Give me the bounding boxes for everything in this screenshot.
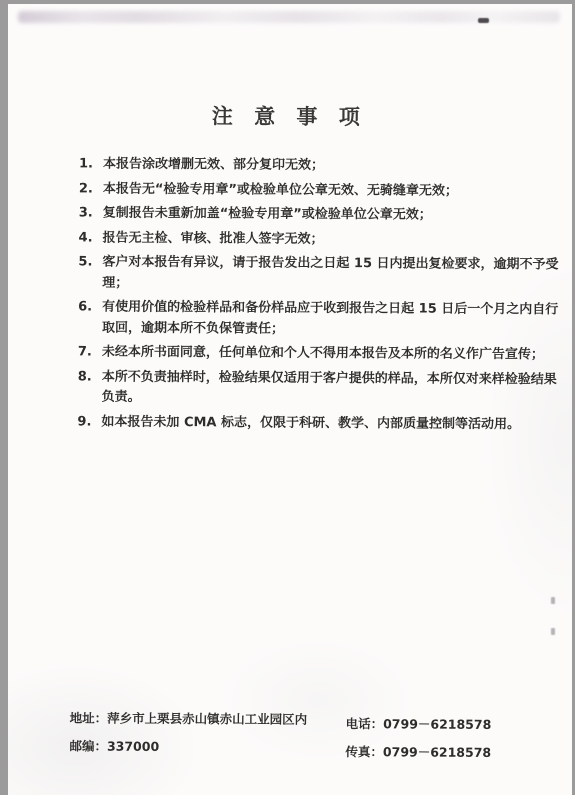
item-number: 9. [77,412,101,433]
notice-item-8: 8.本所不负责抽样时，检验结果仅适用于客户提供的样品，本所仅对来样检验结果 负责… [78,367,526,411]
item-number: 6. [78,297,102,318]
item-number: 4. [79,228,103,249]
notice-line: 负责。 [78,387,526,410]
item-text: 本报告涂改增删无效、部分复印无效； [103,157,324,173]
notice-line: 1.本报告涂改增删无效、部分复印无效； [79,154,527,177]
notice-line: 8.本所不负责抽样时，检验结果仅适用于客户提供的样品，本所仅对来样检验结果 [78,367,526,390]
footer-fax: 传真：0799－6218578 [345,744,491,761]
item-number: 7. [78,342,102,363]
notice-item-4: 4.报告无主检、审核、批准人签字无效； [79,228,527,251]
notice-line: 6.有使用价值的检验样品和备份样品应于收到报告之日起 15 日后一个月之内自行 [78,297,526,320]
footer-phone: 电话：0799－6218578 [346,716,492,733]
document-page: 注 意 事 项 1.本报告涂改增删无效、部分复印无效； 2.本报告无“检验专用章… [8,4,572,795]
notice-item-6: 6.有使用价值的检验样品和备份样品应于收到报告之日起 15 日后一个月之内自行 … [78,297,526,341]
fax-label: 传真： [345,744,383,759]
notice-line: 4.报告无主检、审核、批准人签字无效； [79,228,527,251]
footer-address: 地址：萍乡市上栗县赤山镇赤山工业园区内 [70,710,308,727]
page-content: 注 意 事 项 1.本报告涂改增删无效、部分复印无效； 2.本报告无“检验专用章… [3,4,572,795]
address-label: 地址： [70,710,108,725]
item-text: 有使用价值的检验样品和备份样品应于收到报告之日起 15 日后一个月之内自行 [102,300,558,318]
item-text: 本所不负责抽样时，检验结果仅适用于客户提供的样品，本所仅对来样检验结果 [102,369,557,387]
phone-value: 0799－6218578 [383,716,491,732]
item-text: 复制报告未重新加盖“检验专用章”或检验单位公章无效； [103,206,432,223]
notice-line: 理； [78,273,526,296]
item-text: 客户对本报告有异议，请于报告发出之日起 15 日内提出复检要求，逾期不予受 [102,255,558,273]
postcode-value: 337000 [107,739,159,754]
notice-line: 5.客户对本报告有异议，请于报告发出之日起 15 日内提出复检要求，逾期不予受 [78,252,526,275]
notice-line: 3.复制报告未重新加盖“检验专用章”或检验单位公章无效； [79,203,527,226]
item-number: 3. [79,203,103,224]
notice-line: 9.如本报告未加 CMA 标志，仅限于科研、教学、内部质量控制等活动用。 [77,412,525,435]
notice-line: 7.未经本所书面同意，任何单位和个人不得用本报告及本所的名义作广告宣传； [78,342,526,365]
item-text: 未经本所书面同意，任何单位和个人不得用本报告及本所的名义作广告宣传； [102,345,544,363]
item-text: 如本报告未加 CMA 标志，仅限于科研、教学、内部质量控制等活动用。 [101,414,520,432]
item-number: 8. [78,367,102,388]
notice-item-1: 1.本报告涂改增删无效、部分复印无效； [79,154,527,177]
notice-item-5: 5.客户对本报告有异议，请于报告发出之日起 15 日内提出复检要求，逾期不予受 … [78,252,526,296]
notice-line: 2.本报告无“检验专用章”或检验单位公章无效、无骑缝章无效； [79,179,527,202]
footer: 地址：萍乡市上栗县赤山镇赤山工业园区内 电话：0799－6218578 邮编：3… [70,710,540,713]
item-number: 5. [78,252,102,273]
fax-value: 0799－6218578 [383,744,491,760]
footer-postcode: 邮编：337000 [69,738,159,755]
notice-line: 取回，逾期本所不负保管责任； [78,318,526,341]
postcode-label: 邮编： [69,738,107,753]
notice-item-9: 9.如本报告未加 CMA 标志，仅限于科研、教学、内部质量控制等活动用。 [77,412,525,435]
notice-item-7: 7.未经本所书面同意，任何单位和个人不得用本报告及本所的名义作广告宣传； [78,342,526,365]
phone-label: 电话： [346,716,384,731]
item-number: 1. [79,154,103,175]
page-title: 注 意 事 项 [7,99,571,132]
notice-list: 1.本报告涂改增删无效、部分复印无效； 2.本报告无“检验专用章”或检验单位公章… [77,154,527,439]
item-text: 本报告无“检验专用章”或检验单位公章无效、无骑缝章无效； [103,181,458,198]
item-number: 2. [79,179,103,200]
address-value: 萍乡市上栗县赤山镇赤山工业园区内 [107,711,307,727]
notice-item-3: 3.复制报告未重新加盖“检验专用章”或检验单位公章无效； [79,203,527,226]
item-text: 报告无主检、审核、批准人签字无效； [103,230,324,246]
scanner-background: 注 意 事 项 1.本报告涂改增删无效、部分复印无效； 2.本报告无“检验专用章… [0,0,575,795]
notice-item-2: 2.本报告无“检验专用章”或检验单位公章无效、无骑缝章无效； [79,179,527,202]
